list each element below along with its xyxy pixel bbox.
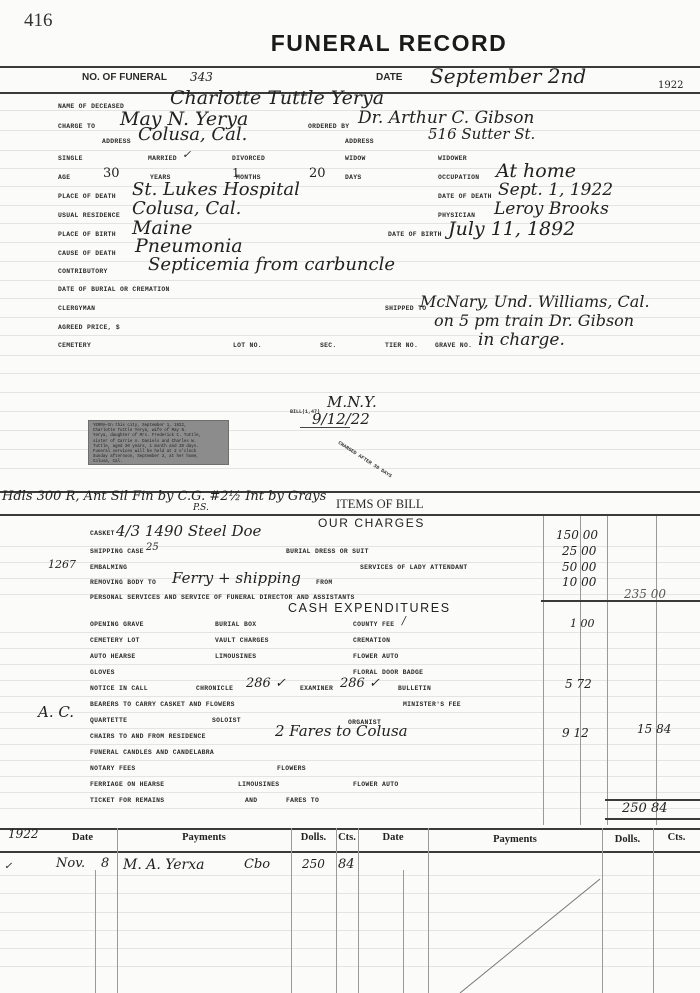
void-slash-line	[0, 0, 700, 993]
